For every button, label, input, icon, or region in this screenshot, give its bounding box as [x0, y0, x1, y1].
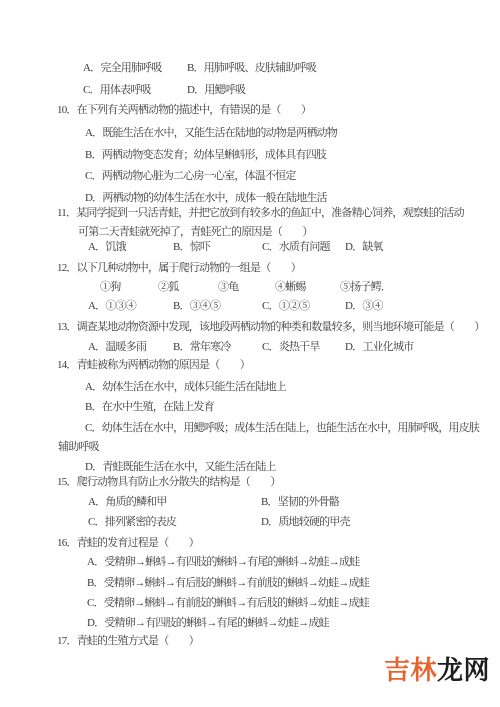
prev-option-d: D．用鳃呼吸	[187, 83, 245, 97]
exam-paper-page: A．完全用肺呼吸 B．用肺呼吸、皮肤辅助呼吸 C．用体表呼吸 D．用鳃呼吸 10…	[0, 0, 500, 707]
q15-option-d: D．质地较硬的甲壳	[261, 515, 350, 529]
question-16-stem: 16．青蛙的发育过程是（ ）	[57, 536, 199, 550]
q16-option-d: D．受精卵→有四肢的蝌蚪→有尾的蝌蚪→幼蛙→成蛙	[87, 616, 329, 630]
q13-option-d: D．工业化城市	[345, 340, 413, 354]
q15-option-b: B．坚韧的外骨骼	[261, 495, 339, 509]
q15-option-a: A．角质的鳞和甲	[88, 495, 167, 509]
q12-option-c: C．①②⑤	[262, 299, 309, 313]
q14-option-c-wrap: 辅助呼吸	[58, 440, 99, 454]
q13-option-a: A．温暖多雨	[88, 340, 146, 354]
q16-option-b: B．受精卵→蝌蚪→有后肢的蝌蚪→有前肢的蝌蚪→幼蛙→成蛙	[87, 576, 369, 590]
q10-option-c: C．两栖动物心脏为二心房一心室，体温不恒定	[85, 169, 296, 183]
q14-option-a: A．幼体生活在水中，成体只能生活在陆地上	[85, 380, 286, 394]
q13-option-c: C．炎热干旱	[262, 340, 320, 354]
q15-option-c: C．排列紧密的表皮	[88, 515, 176, 529]
question-15-stem: 15．爬行动物具有防止水分散失的结构是（ ）	[57, 475, 281, 489]
watermark-longwang: 龙网	[437, 655, 490, 685]
q11-option-b: B．惊吓	[173, 240, 210, 254]
q13-option-b: B．常年寒冷	[173, 340, 231, 354]
question-17-stem: 17．青蛙的生殖方式是（ ）	[57, 634, 199, 648]
q12-animal-5: ⑤扬子鳄．	[340, 280, 391, 294]
q12-animal-4: ④蜥蜴	[275, 280, 306, 294]
site-watermark: 吉林龙网	[384, 655, 490, 685]
question-13-stem: 13．调查某地动物资源中发现，该地段两栖动物的种类和数量较多，则当地环境可能是（…	[57, 320, 485, 334]
q10-option-a: A．既能生活在水中，又能生活在陆地的动物是两栖动物	[85, 126, 337, 140]
q12-option-d: D．③④	[345, 299, 383, 313]
q10-option-d: D．两栖动物的幼体生活在水中，成体一般在陆地生活	[85, 191, 327, 205]
question-12-stem: 12．以下几种动物中，属于爬行动物的一组是（ ）	[57, 261, 301, 275]
q16-option-c: C．受精卵→蝌蚪→有前肢的蝌蚪→有后肢的蝌蚪→幼蛙→成蛙	[87, 596, 369, 610]
prev-option-c: C．用体表呼吸	[83, 83, 151, 97]
question-11-stem-line2: 可第二天青蛙就死掉了，青蛙死亡的原因是（ ）	[78, 225, 313, 239]
q11-option-a: A．饥饿	[88, 240, 126, 254]
q12-option-b: B．③④⑤	[173, 299, 220, 313]
q12-animal-3: ③龟	[218, 280, 238, 294]
q12-animal-1: ①狗	[100, 280, 120, 294]
prev-option-b: B．用肺呼吸、皮肤辅助呼吸	[187, 61, 316, 75]
q12-animal-2: ②狐	[158, 280, 178, 294]
q14-option-d: D．青蛙既能生活在水中，又能生活在陆上	[85, 460, 276, 474]
watermark-jilin: 吉林	[384, 655, 437, 685]
q10-option-b: B．两栖动物变态发育；幼体呈蝌蚪形，成体具有四肢	[85, 148, 326, 162]
q11-option-c: C．水质有问题	[262, 240, 330, 254]
q14-option-c: C．幼体生活在水中，用鳃呼吸；成体生活在陆上，也能生活在水中，用肺呼吸，用皮肤	[85, 421, 479, 435]
prev-option-a: A．完全用肺呼吸	[83, 61, 162, 75]
question-10-stem: 10．在下列有关两栖动物的描述中，有错误的是（ ）	[57, 103, 311, 117]
question-14-stem: 14．青蛙被称为两栖动物的原因是（ ）	[57, 358, 250, 372]
question-11-stem-line1: 11．某同学捉到一只活青蛙，并把它放到有较多水的鱼缸中，准备精心饲养，观察蛙的活…	[57, 206, 464, 220]
q14-option-b: B．在水中生殖，在陆上发育	[85, 400, 214, 414]
q11-option-d: D．缺氧	[345, 240, 383, 254]
q12-option-a: A．①③④	[88, 299, 136, 313]
q16-option-a: A．受精卵→蝌蚪→有四肢的蝌蚪→有尾的蝌蚪→幼蛙→成蛙	[87, 555, 359, 569]
